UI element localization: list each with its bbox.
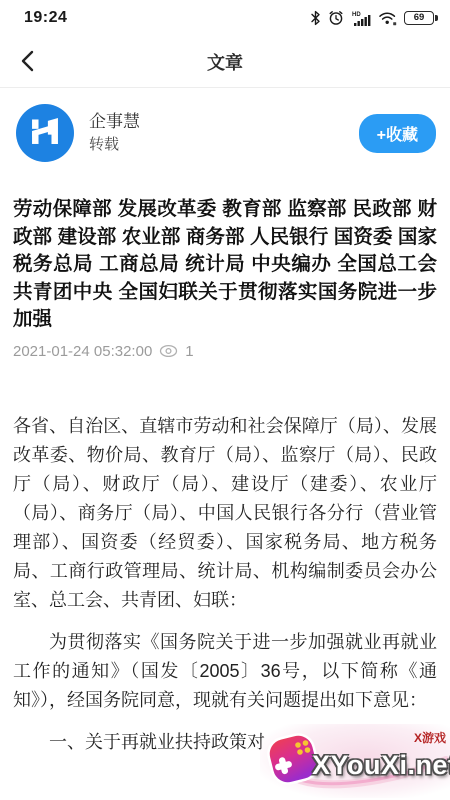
battery-icon: 69 (404, 11, 434, 25)
svg-text:HD: HD (352, 12, 361, 18)
article-paragraph: 一、关于再就业扶持政策对 (13, 728, 437, 757)
article-body: 各省、自治区、直辖市劳动和社会保障厅（局）、发展改革委、物价局、教育厅（局）、监… (13, 412, 437, 757)
article-meta: 2021-01-24 05:32:00 1 (13, 343, 437, 360)
publisher-logo-icon (27, 113, 63, 154)
page-title: 文章 (207, 49, 243, 75)
bluetooth-icon (310, 10, 321, 26)
signal-icon: HD (351, 10, 371, 27)
back-button[interactable] (8, 42, 48, 82)
publisher-row: 企事慧 转载 +收藏 (16, 104, 436, 162)
status-bar: 19:24 HD (0, 0, 450, 36)
article-date: 2021-01-24 05:32:00 (13, 343, 152, 360)
alarm-icon (328, 10, 344, 26)
status-time: 19:24 (24, 9, 67, 27)
collect-button[interactable]: +收藏 (359, 114, 436, 153)
publisher-avatar[interactable] (16, 104, 74, 162)
status-icons: HD 69 (310, 10, 434, 27)
battery-level: 69 (414, 13, 425, 23)
back-chevron-icon (17, 48, 39, 77)
views-count: 1 (185, 343, 193, 360)
article-paragraph: 为贯彻落实《国务院关于进一步加强就业再就业工作的通知》（国发〔2005〕36号，… (13, 628, 437, 715)
article-title: 劳动保障部 发展改革委 教育部 监察部 民政部 财政部 建设部 农业部 商务部 … (13, 196, 437, 334)
wifi-icon (378, 11, 397, 26)
views-eye-icon (159, 344, 178, 358)
publisher-name: 企事慧 (89, 110, 140, 134)
screen: 19:24 HD (0, 0, 450, 800)
publisher-info: 企事慧 转载 (89, 110, 140, 156)
nav-bar: 文章 (0, 36, 450, 88)
article-paragraph: 各省、自治区、直辖市劳动和社会保障厅（局）、发展改革委、物价局、教育厅（局）、监… (13, 412, 437, 615)
publisher-subtitle: 转载 (89, 134, 140, 156)
